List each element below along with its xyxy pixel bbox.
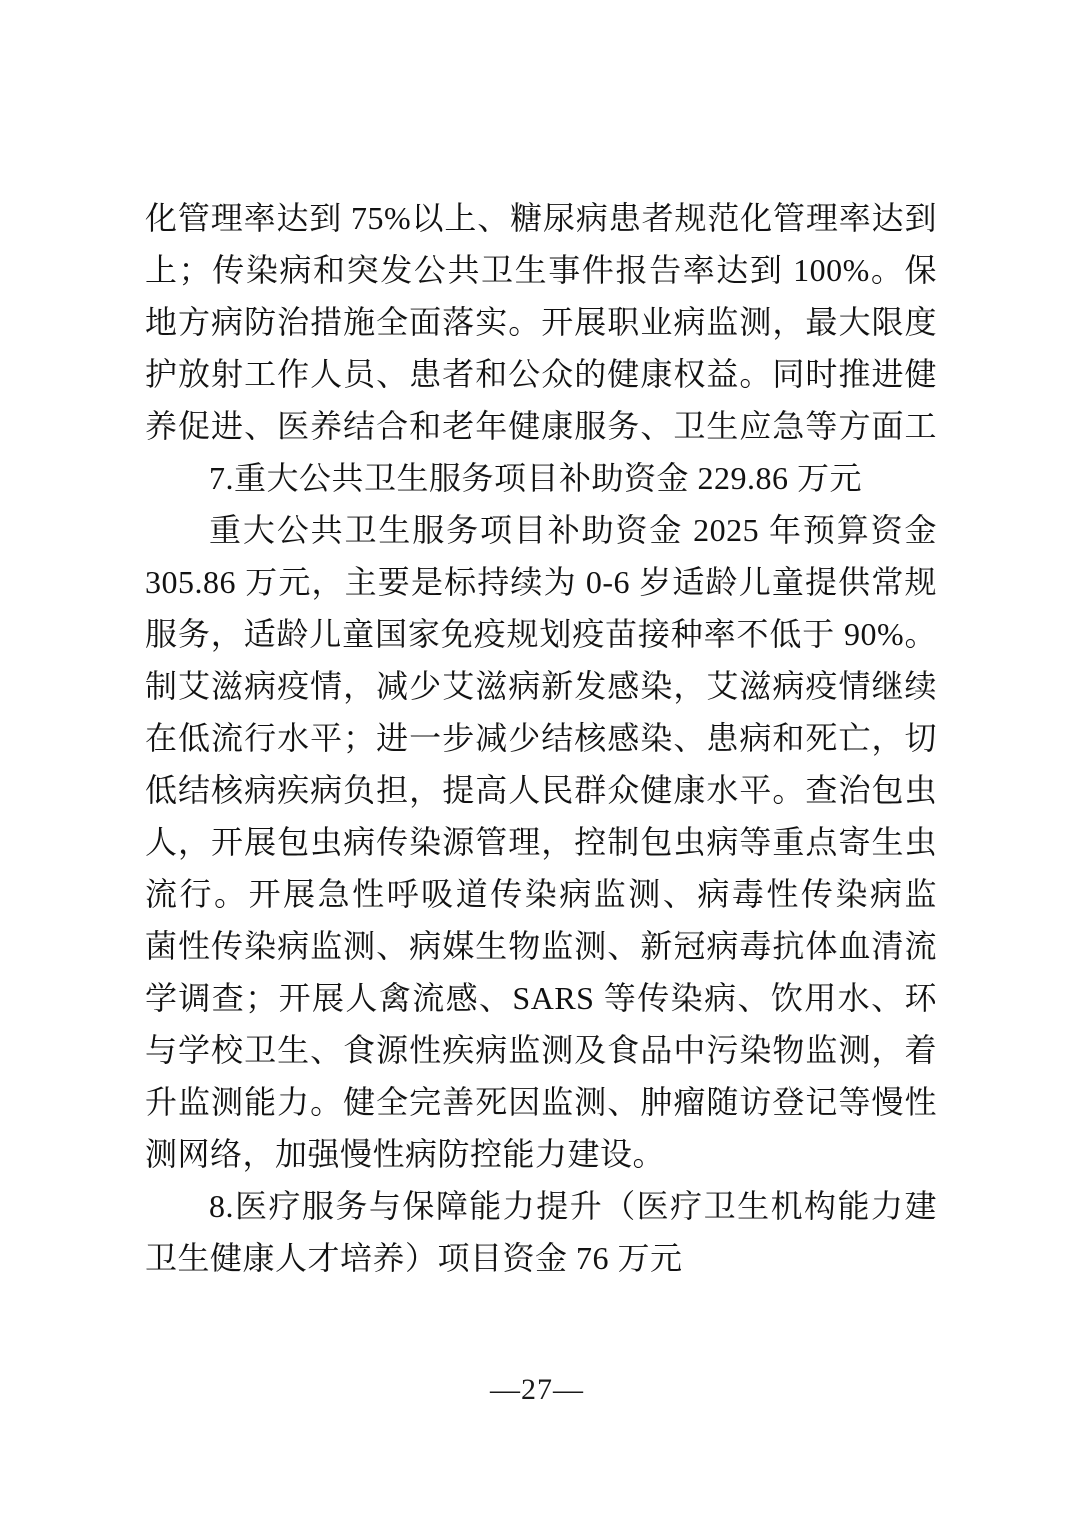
text-line: 学调查；开展人禽流感、SARS 等传染病、饮用水、环境卫生 [145,972,937,1024]
text-line: 菌性传染病监测、病媒生物监测、新冠病毒抗体血清流行病 [145,920,937,972]
paragraph-item-7-detail: 重大公共卫生服务项目补助资金 2025 年预算资金305.86 万元，主要是标持… [145,504,937,1180]
paragraph-continuation: 化管理率达到 75%以上、糖尿病患者规范化管理率达到 83%以上；传染病和突发公… [145,192,937,452]
text-line: 在低流行水平；进一步减少结核感染、患病和死亡，切实降 [145,712,937,764]
text-line: 重大公共卫生服务项目补助资金 2025 年预算资金 [145,504,937,556]
text-line: 升监测能力。健全完善死因监测、肿瘤随访登记等慢性病监 [145,1076,937,1128]
text-line: 制艾滋病疫情，减少艾滋病新发感染，艾滋病疫情继续控制 [145,660,937,712]
text-line: 服务，适龄儿童国家免疫规划疫苗接种率不低于 90%。有效控 [145,608,937,660]
text-line: 305.86 万元，主要是标持续为 0-6 岁适龄儿童提供常规接种 [145,556,937,608]
text-line: 地方病防治措施全面落实。开展职业病监测，最大限度地保 [145,296,937,348]
text-line: 测网络，加强慢性病防控能力建设。 [145,1128,937,1180]
text-line: 7.重大公共卫生服务项目补助资金 229.86 万元 [145,452,937,504]
document-body: 化管理率达到 75%以上、糖尿病患者规范化管理率达到 83%以上；传染病和突发公… [145,192,937,1284]
text-line: 低结核病疾病负担，提高人民群众健康水平。查治包虫病病 [145,764,937,816]
heading-item-8: 8.医疗服务与保障能力提升（医疗卫生机构能力建设、卫生健康人才培养）项目资金 7… [145,1180,937,1284]
heading-item-7: 7.重大公共卫生服务项目补助资金 229.86 万元 [145,452,937,504]
text-line: 与学校卫生、食源性疾病监测及食品中污染物监测，着力提 [145,1024,937,1076]
text-line: 护放射工作人员、患者和公众的健康权益。同时推进健康素 [145,348,937,400]
text-line: 8.医疗服务与保障能力提升（医疗卫生机构能力建设、 [145,1180,937,1232]
page-number: —27— [0,1368,1074,1412]
text-line: 上；传染病和突发公共卫生事件报告率达到 100%。保持重点 [145,244,937,296]
text-line: 卫生健康人才培养）项目资金 76 万元 [145,1232,937,1284]
text-line: 流行。开展急性呼吸道传染病监测、病毒性传染病监测、细 [145,868,937,920]
text-line: 养促进、医养结合和老年健康服务、卫生应急等方面工作。 [145,400,937,452]
text-line: 人，开展包虫病传染源管理，控制包虫病等重点寄生虫病的 [145,816,937,868]
text-line: 化管理率达到 75%以上、糖尿病患者规范化管理率达到 83%以 [145,192,937,244]
document-page: 化管理率达到 75%以上、糖尿病患者规范化管理率达到 83%以上；传染病和突发公… [0,0,1074,1520]
